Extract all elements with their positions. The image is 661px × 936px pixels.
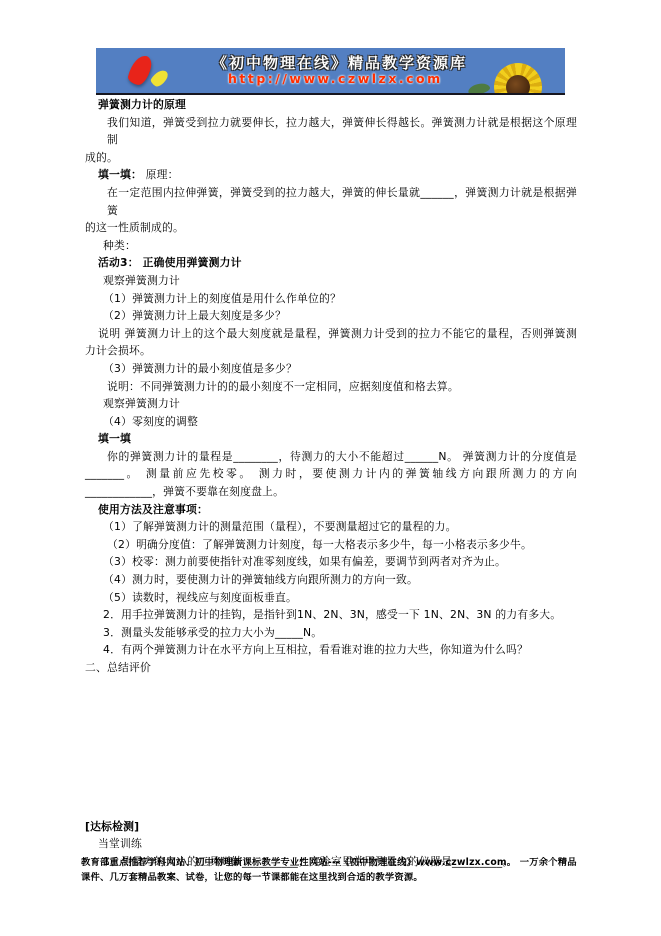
document-page: 《初中物理在线》精品教学资源库 http://www.czwlzx.com 弹簧… <box>0 0 661 936</box>
footer-line-2: 课件、几万套精品教案、试卷，让您的每一节课都能在这里找到合适的教学资源。 <box>81 871 581 886</box>
usage-item-3: （3）校零：测力前要使指针对准零刻度线，如果有偏差，要调节到两者对齐为止。 <box>85 553 577 571</box>
usage-item-1: （1）了解弹簧测力计的测量范围（量程），不要测量超过它的量程的力。 <box>85 518 577 536</box>
heading-activity-3: 活动3： 正确使用弹簧测力计 <box>85 254 577 272</box>
fill-blank-line: ____________，弹簧不要靠在刻度盘上。 <box>85 483 577 501</box>
fill-in-rest: 原理： <box>142 168 179 181</box>
fill-in-prompt: 填一填： 原理： <box>85 166 577 184</box>
fill-blank-line: 你的弹簧测力计的量程是________，待测力的大小不能超过______N。 弹… <box>85 448 577 466</box>
heading-usage-notes: 使用方法及注意事项： <box>85 501 577 519</box>
sunflower-icon <box>494 63 542 95</box>
fill-blank-line: _______。 测量前应先校零。 测力时，要使测力计内的弹簧轴线方向跟所测力的… <box>85 465 577 483</box>
question-1: （1）弹簧测力计上的刻度值是用什么作单位的？ <box>85 290 577 308</box>
heading-class-training: 当堂训练 <box>85 835 577 853</box>
heading-principle: 弹簧测力计的原理 <box>85 96 577 114</box>
note-min-division: 说明：不同弹簧测力计的的最小刻度不一定相同，应据刻度值和格去算。 <box>85 378 577 396</box>
banner-site-title: 《初中物理在线》精品教学资源库 <box>212 52 467 73</box>
exercise-3: 3．测量头发能够承受的拉力大小为_____N。 <box>85 624 577 642</box>
text-line-types: 种类： <box>85 237 577 255</box>
question-2: （2）弹簧测力计上最大刻度是多少？ <box>85 307 577 325</box>
promo-footer: 教育部重点推荐学科网站、初中物理新课标教学专业性网站---《初中物理在线》www… <box>81 856 581 885</box>
note-range: 说明 弹簧测力计上的这个最大刻度就是量程，弹簧测力计受到的拉力不能它的量程，否则… <box>85 325 577 343</box>
heading-assessment: [达标检测] <box>85 818 577 836</box>
text-line: 力计会损坏。 <box>85 342 577 360</box>
text-line: 在一定范围内拉伸弹簧，弹簧受到的拉力越大，弹簧的伸长量就______，弹簧测力计… <box>85 184 577 219</box>
question-3: （3）弹簧测力计的最小刻度值是多少？ <box>85 360 577 378</box>
text-line-observe: 观察弹簧测力计 <box>85 395 577 413</box>
fill-in-label: 填一填： <box>98 168 142 181</box>
flame-logo-accent-icon <box>149 67 170 89</box>
flame-logo-icon <box>127 53 154 87</box>
document-content: 弹簧测力计的原理 我们知道，弹簧受到拉力就要伸长，拉力越大，弹簧伸长得越长。弹簧… <box>85 96 577 870</box>
usage-item-2: （2）明确分度值：了解弹簧测力计刻度，每一大格表示多少牛，每一小格表示多少牛。 <box>85 536 577 554</box>
heading-fill-in: 填一填 <box>85 430 577 448</box>
heading-summary-evaluation: 二、总结评价 <box>85 659 577 677</box>
text-line-observe: 观察弹簧测力计 <box>85 272 577 290</box>
site-banner: 《初中物理在线》精品教学资源库 http://www.czwlzx.com <box>96 48 565 95</box>
usage-item-4: （4）测力时，要使测力计的弹簧轴线方向跟所测力的方向一致。 <box>85 571 577 589</box>
exercise-2: 2．用手拉弹簧测力计的挂钩，是指针到1N、2N、3N，感受一下 1N、2N、3N… <box>85 606 577 624</box>
text-line: 成的。 <box>85 149 577 167</box>
question-4: （4）零刻度的调整 <box>85 413 577 431</box>
banner-site-url[interactable]: http://www.czwlzx.com <box>228 71 443 86</box>
footer-line-1: 教育部重点推荐学科网站、初中物理新课标教学专业性网站---《初中物理在线》www… <box>81 856 581 871</box>
text-line: 我们知道，弹簧受到拉力就要伸长，拉力越大，弹簧伸长得越长。弹簧测力计就是根据这个… <box>85 114 577 149</box>
exercise-4: 4．有两个弹簧测力计在水平方向上互相拉，看看谁对谁的拉力大些，你知道为什么吗？ <box>85 641 577 659</box>
text-line: 的这一性质制成的。 <box>85 219 577 237</box>
leaf-icon <box>467 82 491 95</box>
usage-item-5: （5）读数时，视线应与刻度面板垂直。 <box>85 589 577 607</box>
blank-space <box>85 677 577 818</box>
